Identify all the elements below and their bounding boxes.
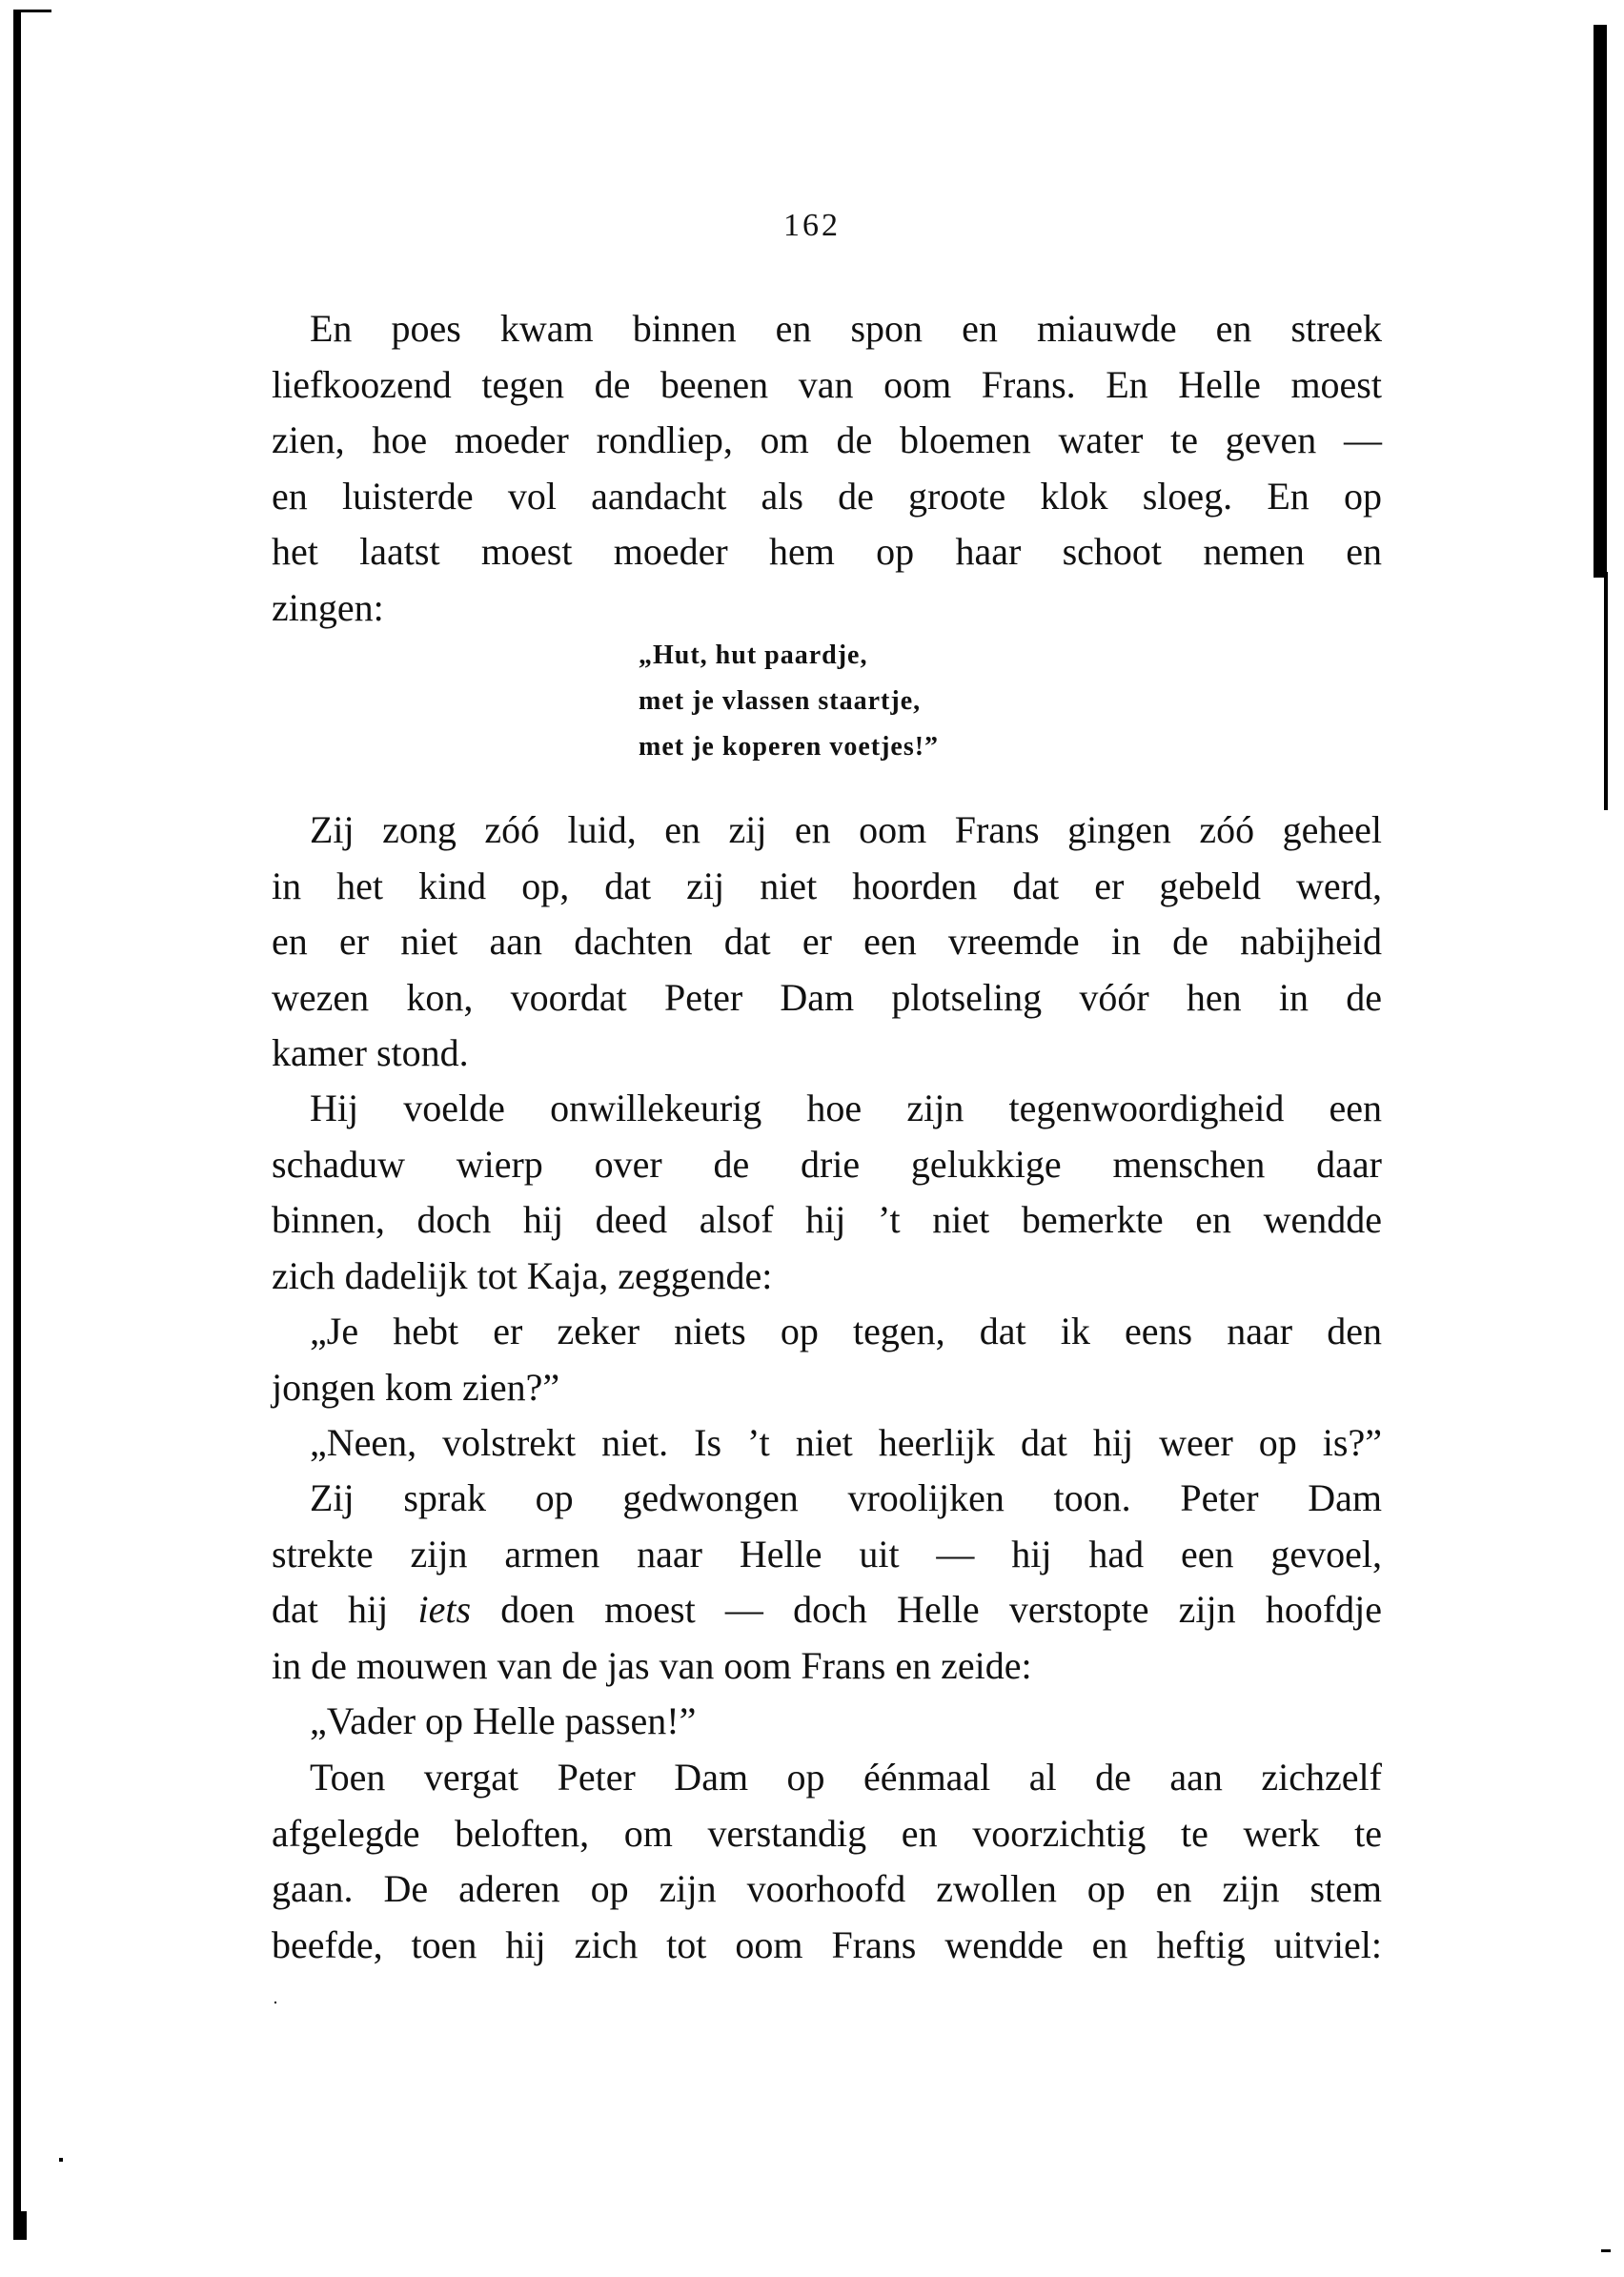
text-line: Zij sprak op gedwongen vroolijken toon. … [272,1471,1382,1527]
page-number: 162 [0,208,1624,244]
text-line: binnen, doch hij deed alsof hij ’t niet … [272,1192,1382,1249]
paragraph-5: „Neen, volstrekt niet. Is ’t niet heerli… [272,1415,1382,1472]
poem-quote: „Hut, hut paardje, met je vlassen staart… [639,633,939,770]
paragraph-6: Zij sprak op gedwongen vroolijken toon. … [272,1471,1382,1694]
scan-edge-left [13,10,21,2240]
text-line: schaduw wierp over de drie gelukkige men… [272,1137,1382,1193]
text-line: strekte zijn armen naar Helle uit — hij … [272,1527,1382,1583]
scan-speck [1601,2249,1611,2252]
italic-emphasis: iets [418,1588,472,1631]
text-line: „Vader op Helle passen!” [272,1694,1382,1750]
text-span: dat hij [272,1588,388,1631]
paragraph-4: „Je hebt er zeker niets op tegen, dat ik… [272,1304,1382,1415]
text-line: Toen vergat Peter Dam op éénmaal al de a… [272,1750,1382,1806]
text-line: Zij zong zóó luid, en zij en oom Frans g… [272,803,1382,859]
scan-edge-left-top [13,10,51,12]
paragraph-1: En poes kwam binnen en spon en miauwde e… [272,301,1382,636]
scan-edge-left-bottom [13,2211,27,2240]
text-line: zien, hoe moeder rondliep, om de bloemen… [272,413,1382,469]
text-line: „Je hebt er zeker niets op tegen, dat ik… [272,1304,1382,1360]
text-line: en luisterde vol aandacht als de groote … [272,469,1382,525]
text-line: afgelegde beloften, om verstandig en voo… [272,1806,1382,1862]
text-line: het laatst moest moeder hem op haar scho… [272,524,1382,580]
text-line: liefkoozend tegen de beenen van oom Fran… [272,357,1382,414]
scan-edge-right-fade [1604,572,1608,810]
text-line: beefde, toen hij zich tot oom Frans wend… [272,1918,1382,1974]
text-line: zingen: [272,580,1382,637]
text-line: „Neen, volstrekt niet. Is ’t niet heerli… [272,1415,1382,1472]
paragraph-8: Toen vergat Peter Dam op éénmaal al de a… [272,1750,1382,1973]
poem-line: met je vlassen staartje, [639,679,939,724]
paragraph-3: Hij voelde onwillekeurig hoe zijn tegenw… [272,1081,1382,1304]
text-line: zich dadelijk tot Kaja, zeggende: [272,1249,1382,1305]
text-line: jongen kom zien?” [272,1360,1382,1416]
text-span: doen moest — doch Helle verstopte zijn h… [500,1588,1382,1631]
text-line: in de mouwen van de jas van oom Frans en… [272,1638,1382,1695]
paragraph-2: Zij zong zóó luid, en zij en oom Frans g… [272,803,1382,1082]
text-line: Hij voelde onwillekeurig hoe zijn tegenw… [272,1081,1382,1137]
book-page: 162 En poes kwam binnen en spon en miauw… [0,0,1624,2277]
poem-line: „Hut, hut paardje, [639,633,939,679]
text-line: kamer stond. [272,1026,1382,1082]
text-line: wezen kon, voordat Peter Dam plotseling … [272,970,1382,1027]
scan-speck [274,2002,276,2003]
poem-line: met je koperen voetjes!” [639,724,939,770]
text-line: in het kind op, dat zij niet hoorden dat… [272,859,1382,915]
scan-edge-right [1594,25,1607,578]
text-line-with-italic: dat hij iets doen moest — doch Helle ver… [272,1582,1382,1638]
text-line: En poes kwam binnen en spon en miauwde e… [272,301,1382,357]
text-line: gaan. De aderen op zijn voorhoofd zwolle… [272,1861,1382,1918]
text-line: en er niet aan dachten dat er een vreemd… [272,914,1382,970]
paragraph-7: „Vader op Helle passen!” [272,1694,1382,1750]
scan-speck [59,2158,63,2162]
